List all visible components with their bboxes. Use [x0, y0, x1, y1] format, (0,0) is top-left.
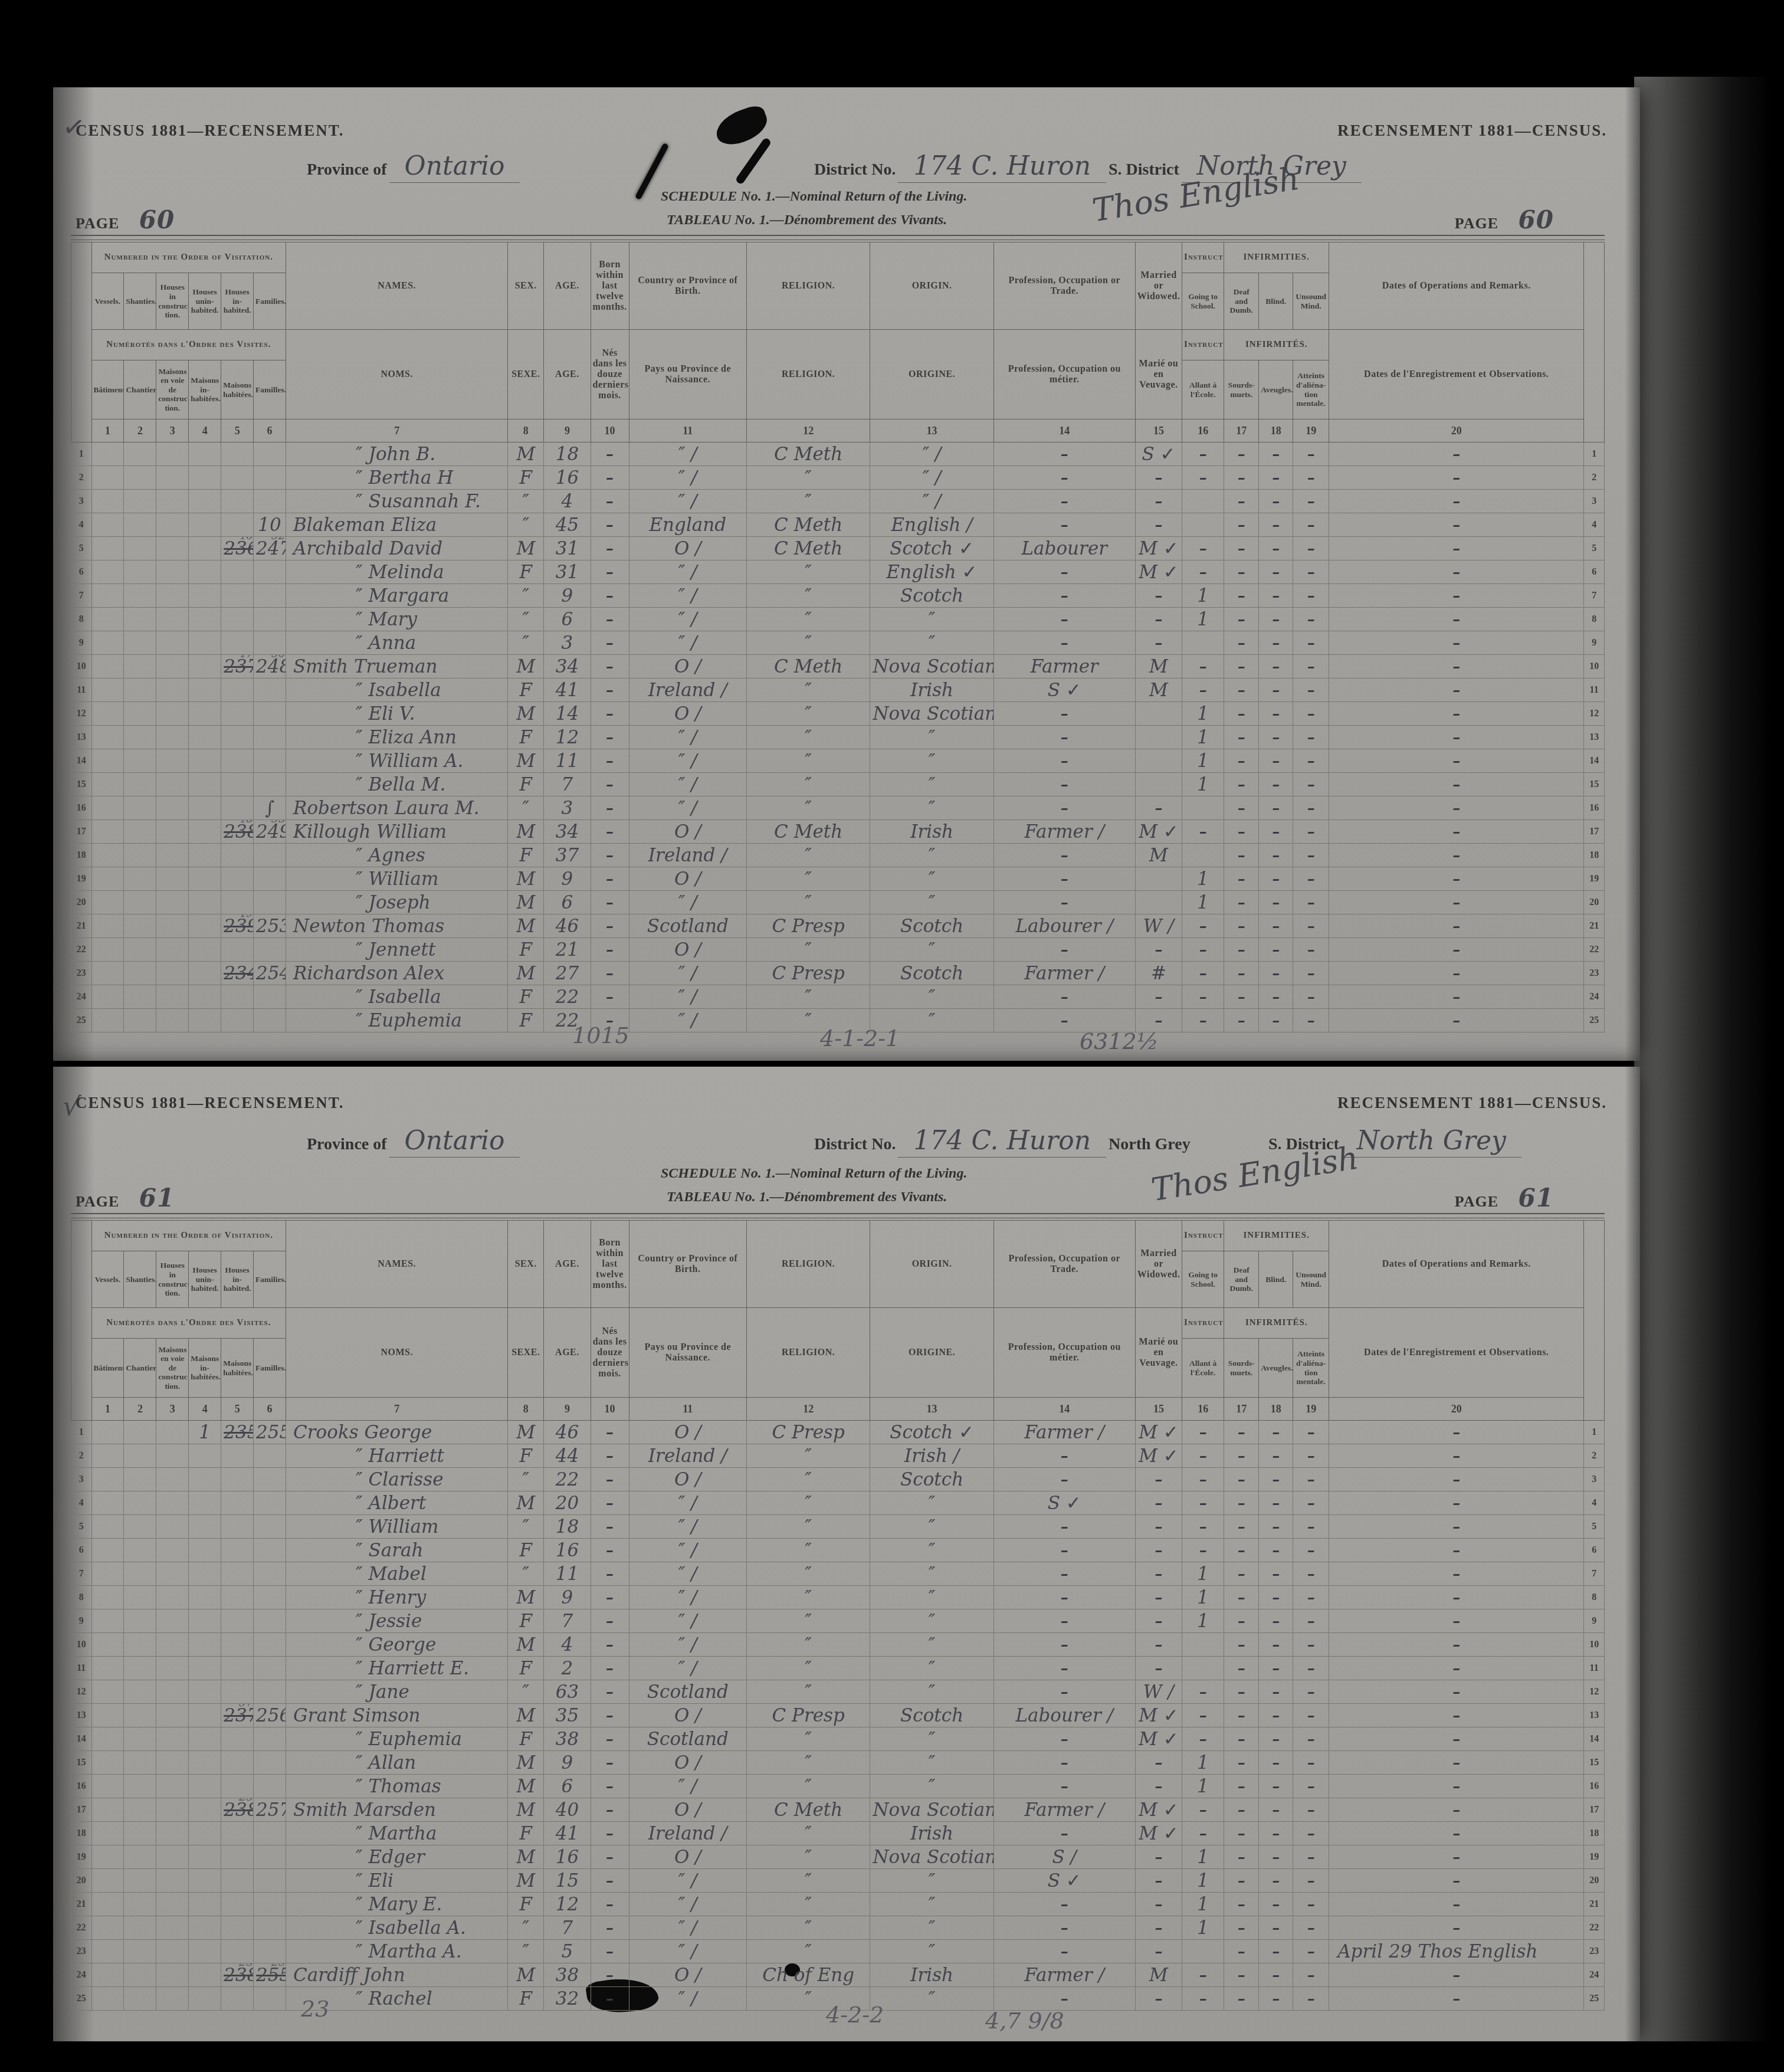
cell: 6 [544, 1775, 591, 1798]
cell: ″ [746, 702, 870, 726]
cell: ″ [746, 891, 870, 914]
cell: 3 [544, 631, 591, 655]
table-row: 102374724850Smith TruemanM34–O /C MethNo… [71, 655, 1605, 678]
cell [189, 466, 221, 490]
cell: ″ [870, 1775, 993, 1798]
col-header-en: Shanties. [124, 1251, 156, 1308]
pencil-dash: – [591, 938, 629, 962]
cell [124, 1893, 156, 1916]
pencil-dash: – [1135, 1845, 1182, 1869]
cell [189, 1916, 221, 1940]
cell: Nova Scotian [870, 702, 993, 726]
pencil-dash: – [1329, 985, 1584, 1009]
page-number-left: 61 [124, 1183, 190, 1214]
row-number-right: 12 [1584, 1680, 1605, 1704]
visitation-number-cell [254, 1633, 286, 1657]
pencil-dash: – [1135, 1893, 1182, 1916]
pencil-dash: – [1224, 1009, 1259, 1032]
cell: ″ [508, 631, 544, 655]
province-value: Ontario [389, 151, 520, 183]
cell: M [508, 1704, 544, 1727]
cell [156, 938, 189, 962]
pencil-dash: – [1182, 1421, 1224, 1444]
cell: ″ [746, 584, 870, 608]
pencil-dash: – [1259, 844, 1293, 867]
cell: Scotch ✓ [870, 537, 993, 560]
pencil-dash: – [1329, 1444, 1584, 1468]
pencil-dash: – [993, 608, 1135, 631]
pencil-dash: – [1224, 726, 1259, 749]
pencil-dash: – [1224, 1869, 1259, 1893]
visitation-number-cell [221, 1468, 254, 1491]
visitation-number-cell [254, 1869, 286, 1893]
province-value: Ontario [389, 1126, 520, 1158]
cell: ″ / [629, 1562, 746, 1586]
visitation-number-cell [254, 560, 286, 584]
cell: Irish [870, 1822, 993, 1845]
pencil-dash: – [591, 537, 629, 560]
pencil-dash: – [1259, 1798, 1293, 1822]
cell [189, 1468, 221, 1491]
row-number-right: 6 [1584, 560, 1605, 584]
header-row-fr-group: Numérotés dans l'Ordre des Visites.NOMS.… [71, 1308, 1605, 1339]
col-header-en: Houses in­habited. [221, 273, 254, 330]
pencil-dash: – [591, 1704, 629, 1727]
cell: ″ / [629, 490, 746, 513]
cell [124, 1751, 156, 1775]
pencil-dash: – [1293, 914, 1329, 938]
pencil-dash: – [1224, 1775, 1259, 1798]
cell [156, 962, 189, 985]
name-cell: ″ Bella M. [286, 773, 508, 796]
col-header-fr: Aveugles. [1259, 1339, 1293, 1398]
cell [124, 820, 156, 844]
visitation-number-cell: 23646 [221, 537, 254, 560]
cell [124, 796, 156, 820]
col-header-en: Profession, Occupation or Trade. [993, 1221, 1135, 1308]
name-cell: Richardson Alex [286, 962, 508, 985]
visitation-number-cell: 257 [254, 1798, 286, 1822]
cell: ″ [870, 1727, 993, 1751]
visitation-number-cell [221, 773, 254, 796]
col-header-en: Going to School. [1182, 1251, 1224, 1308]
table-row: 17238252257Smith MarsdenM40–O /C MethNov… [71, 1798, 1605, 1822]
cell [91, 560, 124, 584]
table-row: 19″ EdgerM16–O /″Nova ScotianS /–1––––19 [71, 1845, 1605, 1869]
cell: 1 [1182, 726, 1224, 749]
table-row: 5″ William″18–″ /″″–––––––5 [71, 1515, 1605, 1539]
pencil-dash: – [591, 1421, 629, 1444]
cell: 63 [544, 1680, 591, 1704]
pencil-dash: – [1293, 1009, 1329, 1032]
name-cell: Crooks George [286, 1421, 508, 1444]
pencil-dash: – [1224, 1586, 1259, 1609]
name-cell: ″ Anna [286, 631, 508, 655]
cell [124, 1727, 156, 1751]
pencil-dash: – [1259, 655, 1293, 678]
cell [156, 1916, 189, 1940]
row-number-left: 15 [71, 1751, 92, 1775]
row-number-header [71, 242, 92, 442]
cell: Ch of Eng [746, 1963, 870, 1987]
name-cell: Smith Marsden [286, 1798, 508, 1822]
pencil-dash: – [1224, 490, 1259, 513]
remarks-cell: April 29 Thos English [1329, 1940, 1584, 1963]
cell [91, 1491, 124, 1515]
row-number-left: 1 [71, 1421, 92, 1444]
col-header-en: NAMES. [286, 242, 508, 330]
visitation-number-cell [221, 1987, 254, 2011]
pencil-dash: – [1259, 466, 1293, 490]
cell [91, 985, 124, 1009]
infirmities-group-fr: INFIRMITÉS. [1224, 330, 1329, 360]
pencil-dash: – [993, 844, 1135, 867]
pencil-dash: – [1293, 442, 1329, 466]
pencil-dash: – [993, 702, 1135, 726]
name-cell: ″ Bertha H [286, 466, 508, 490]
cell: F [508, 726, 544, 749]
pencil-dash: – [1259, 985, 1293, 1009]
row-number-left: 18 [71, 844, 92, 867]
pencil-dash: – [1293, 1775, 1329, 1798]
column-number: 7 [286, 419, 508, 442]
pencil-dash: – [591, 1751, 629, 1775]
pencil-dash: – [1293, 1987, 1329, 2011]
col-header-fr: Marié ou en Veuvage. [1135, 1308, 1182, 1398]
visitation-number-cell [221, 891, 254, 914]
cell [189, 490, 221, 513]
pencil-dash: – [1135, 1987, 1182, 2011]
col-header-fr: Maisons en voie de construc­tion. [156, 360, 189, 419]
col-header-fr: AGE. [544, 330, 591, 419]
table-row: 7″ Margara″9–″ /″Scotch––1––––7 [71, 584, 1605, 608]
cell [156, 466, 189, 490]
row-number-right: 11 [1584, 678, 1605, 702]
visitation-number-cell: 256 [254, 1704, 286, 1727]
col-header-en: Country or Province of Birth. [629, 1221, 746, 1308]
pencil-dash: – [1224, 466, 1259, 490]
cell [91, 1940, 124, 1963]
cell: ″ / [629, 1657, 746, 1680]
row-number-right: 18 [1584, 1822, 1605, 1845]
name-cell: ″ Albert [286, 1491, 508, 1515]
cell [189, 773, 221, 796]
cell: ″ [870, 749, 993, 773]
cell [91, 1421, 124, 1444]
cell: ″ [746, 726, 870, 749]
table-row: 172384824953Killough WilliamM34–O /C Met… [71, 820, 1605, 844]
row-number-right: 24 [1584, 985, 1605, 1009]
instruction-group-en: Instruction. [1182, 242, 1224, 273]
col-header-fr: Maisons habitées. [221, 1339, 254, 1398]
cell: M [508, 702, 544, 726]
cell [189, 702, 221, 726]
pencil-dash: – [993, 1727, 1135, 1751]
table-row: 24″ IsabellaF22–″ /″″–––––––24 [71, 985, 1605, 1009]
col-header-en: Profession, Occupation or Trade. [993, 242, 1135, 330]
cell [91, 442, 124, 466]
name-cell: ″ Eli [286, 1869, 508, 1893]
cell [156, 1963, 189, 1987]
cell: Irish [870, 678, 993, 702]
table-header: Numbered in the Order of Visitation.NAME… [71, 242, 1605, 442]
pencil-dash: – [1329, 678, 1584, 702]
row-number-right: 23 [1584, 1940, 1605, 1963]
pencil-dash: – [1224, 1657, 1259, 1680]
cell: 31 [544, 560, 591, 584]
cell [156, 1609, 189, 1633]
cell: M [508, 749, 544, 773]
pencil-dash: – [1329, 1798, 1584, 1822]
cell: O / [629, 1751, 746, 1775]
cell: Labourer / [993, 1704, 1135, 1727]
pencil-dash: – [1182, 820, 1224, 844]
cell: O / [629, 702, 746, 726]
cell [156, 678, 189, 702]
cell [156, 773, 189, 796]
row-number-right: 25 [1584, 1009, 1605, 1032]
pencil-dash: – [1224, 1751, 1259, 1775]
cell [91, 1562, 124, 1586]
pencil-dash: – [1293, 985, 1329, 1009]
row-number-left: 23 [71, 1940, 92, 1963]
cell: 37 [544, 844, 591, 867]
cell: ″ [870, 1539, 993, 1562]
cell [91, 1515, 124, 1539]
col-header-en: Families. [254, 273, 286, 330]
cell: ″ / [629, 1633, 746, 1657]
visitation-number-cell [254, 631, 286, 655]
cell: ″ [870, 844, 993, 867]
cell [91, 1657, 124, 1680]
cell [91, 1633, 124, 1657]
pencil-dash: – [1182, 914, 1224, 938]
cell [1135, 773, 1182, 796]
pencil-dash: – [1329, 1775, 1584, 1798]
pencil-dash: – [1293, 490, 1329, 513]
pencil-dash: – [591, 773, 629, 796]
pencil-dash: – [1135, 1609, 1182, 1633]
cell [156, 537, 189, 560]
remarks-header-fr: Dates de l'Enregistrement et Observation… [1329, 1308, 1584, 1398]
pencil-dash: – [1329, 891, 1584, 914]
pencil-dash: – [1259, 773, 1293, 796]
cell [124, 655, 156, 678]
pencil-dash: – [591, 584, 629, 608]
pencil-dash: – [1224, 773, 1259, 796]
cell: ″ [870, 1586, 993, 1609]
cell [91, 1869, 124, 1893]
row-number-right: 1 [1584, 442, 1605, 466]
row-number-left: 1 [71, 442, 92, 466]
row-number-right: 8 [1584, 608, 1605, 631]
pencil-dash: – [1329, 844, 1584, 867]
cell: Farmer [993, 655, 1135, 678]
row-number-left: 21 [71, 1893, 92, 1916]
column-number: 17 [1224, 419, 1259, 442]
pencil-dash: – [1329, 466, 1584, 490]
cell [189, 1940, 221, 1963]
column-number: 3 [156, 1398, 189, 1421]
visitation-number-cell: 24850 [254, 655, 286, 678]
name-cell: Grant Simson [286, 1704, 508, 1727]
col-header-en: Born within last twelve months. [591, 242, 629, 330]
cell: 12 [544, 726, 591, 749]
pencil-dash: – [1259, 537, 1293, 560]
pencil-dash: – [1135, 466, 1182, 490]
table-row: 3″ Clarisse″22–O /″Scotch–––––––3 [71, 1468, 1605, 1491]
name-cell: ″ Martha A. [286, 1940, 508, 1963]
pencil-dash: – [591, 560, 629, 584]
cell: ″ / [629, 560, 746, 584]
name-cell: ″ Isabella A. [286, 1916, 508, 1940]
cell [91, 773, 124, 796]
col-header-fr: Marié ou en Veuvage. [1135, 330, 1182, 419]
cell: ″ / [629, 1515, 746, 1539]
pencil-dash: – [1293, 655, 1329, 678]
table-row: 8″ Mary″6–″ /″″––1––––8 [71, 608, 1605, 631]
pencil-dash: – [1293, 1680, 1329, 1704]
cell: M [508, 962, 544, 985]
pencil-dash: – [1259, 442, 1293, 466]
cell: Scotland [629, 1727, 746, 1751]
cell [189, 1963, 221, 1987]
name-cell: ″ Clarisse [286, 1468, 508, 1491]
cell [124, 749, 156, 773]
table-row: 10″ GeorgeM4–″ /″″––––––10 [71, 1633, 1605, 1657]
pencil-dash: – [1329, 537, 1584, 560]
schedule-fr: TABLEAU No. 1.—Dénombrement des Vivants. [667, 212, 947, 228]
pencil-dash: – [1259, 1775, 1293, 1798]
row-number-right: 4 [1584, 1491, 1605, 1515]
cell [124, 1586, 156, 1609]
pencil-dash: – [1293, 867, 1329, 891]
census-title-right: RECENSEMENT 1881—CENSUS. [1337, 122, 1607, 140]
pencil-dash: – [591, 631, 629, 655]
cell: 1 [1182, 1775, 1224, 1798]
row-number-right: 20 [1584, 891, 1605, 914]
pencil-dash: – [1259, 1515, 1293, 1539]
cell [189, 1704, 221, 1727]
table-row: 9″ Anna″3–″ /″″––––––9 [71, 631, 1605, 655]
cell: ″ [870, 891, 993, 914]
pencil-dash: – [1293, 513, 1329, 537]
table-row: 20″ EliM15–″ /″″S ✓–1––––20 [71, 1869, 1605, 1893]
cell [156, 1562, 189, 1586]
pencil-dash: – [1182, 1468, 1224, 1491]
pencil-dash: – [1293, 1421, 1329, 1444]
pencil-dash: – [1293, 584, 1329, 608]
pencil-dash: – [993, 938, 1135, 962]
pencil-dash: – [591, 1845, 629, 1869]
table-row: 15″ AllanM9–O /″″––1––––15 [71, 1751, 1605, 1775]
cell: 9 [544, 867, 591, 891]
pencil-dash: – [591, 1822, 629, 1845]
visitation-number-cell: ∫ [254, 796, 286, 820]
column-number: 1 [91, 419, 124, 442]
column-number: 18 [1259, 1398, 1293, 1421]
pencil-dash: – [1224, 820, 1259, 844]
cell [91, 1987, 124, 2011]
instruction-group-fr: Instruction. [1182, 1308, 1224, 1339]
pencil-dash: – [1293, 560, 1329, 584]
tally-mark: 4-1-2-1 [820, 1025, 900, 1051]
pencil-dash: – [1182, 1444, 1224, 1468]
pencil-dash: – [1259, 584, 1293, 608]
table-row: 20″ JosephM6–″ /″″–1––––20 [71, 891, 1605, 914]
col-header-en: Houses in construc­tion. [156, 273, 189, 330]
cell: F [508, 985, 544, 1009]
cell: ″ [508, 490, 544, 513]
cell: ″ [746, 773, 870, 796]
pencil-dash: – [1293, 702, 1329, 726]
pencil-dash: – [1329, 867, 1584, 891]
name-cell: ″ Martha [286, 1822, 508, 1845]
cell: ″ [746, 1727, 870, 1751]
row-number-right: 5 [1584, 1515, 1605, 1539]
pencil-dash: – [1224, 1987, 1259, 2011]
cell: ″ [870, 1633, 993, 1657]
cell: F [508, 773, 544, 796]
col-header-en: Deaf and Dumb. [1224, 1251, 1259, 1308]
pencil-dash: – [1135, 796, 1182, 820]
cell: W / [1135, 914, 1182, 938]
cell: 1 [1182, 891, 1224, 914]
cell: 20 [544, 1491, 591, 1515]
pencil-dash: – [591, 1515, 629, 1539]
pencil-dash: – [1224, 867, 1259, 891]
cell [124, 1657, 156, 1680]
cell: Scotch [870, 1704, 993, 1727]
row-number-left: 5 [71, 537, 92, 560]
cell: ″ [746, 749, 870, 773]
row-number-left: 25 [71, 1009, 92, 1032]
cell: ″ [746, 796, 870, 820]
cell [124, 1421, 156, 1444]
column-number: 7 [286, 1398, 508, 1421]
cell [189, 1633, 221, 1657]
pencil-dash: – [1182, 655, 1224, 678]
col-header-fr: Nés dans les douze derniers mois. [591, 1308, 629, 1398]
cell: M [508, 867, 544, 891]
cell: ″ [746, 1845, 870, 1869]
pencil-dash: – [1259, 962, 1293, 985]
cell: M [508, 1963, 544, 1987]
visitation-number-cell: 24752 [254, 537, 286, 560]
pencil-dash: – [591, 962, 629, 985]
cell: ″ [508, 1940, 544, 1963]
cell: ″ [870, 1609, 993, 1633]
col-header-en: AGE. [544, 1221, 591, 1308]
cell: 32 [544, 1987, 591, 2011]
col-header-en: Houses in construc­tion. [156, 1251, 189, 1308]
cell [124, 1940, 156, 1963]
cell [189, 1609, 221, 1633]
table-row: 11″ Harriett E.F2–″ /″″––––––11 [71, 1657, 1605, 1680]
pencil-dash: – [591, 442, 629, 466]
pencil-dash: – [1293, 1893, 1329, 1916]
pencil-dash: – [591, 914, 629, 938]
pencil-dash: – [1182, 985, 1224, 1009]
col-header-fr: Atteints d'aliéna­tion mentale. [1293, 360, 1329, 419]
visitation-number-cell [254, 490, 286, 513]
pencil-dash: – [591, 1987, 629, 2011]
book-edge [1634, 77, 1770, 2041]
pencil-dash: – [1329, 1963, 1584, 1987]
column-number: 5 [221, 419, 254, 442]
visitation-number-cell: 234 [221, 962, 254, 985]
pencil-dash: – [1293, 1468, 1329, 1491]
